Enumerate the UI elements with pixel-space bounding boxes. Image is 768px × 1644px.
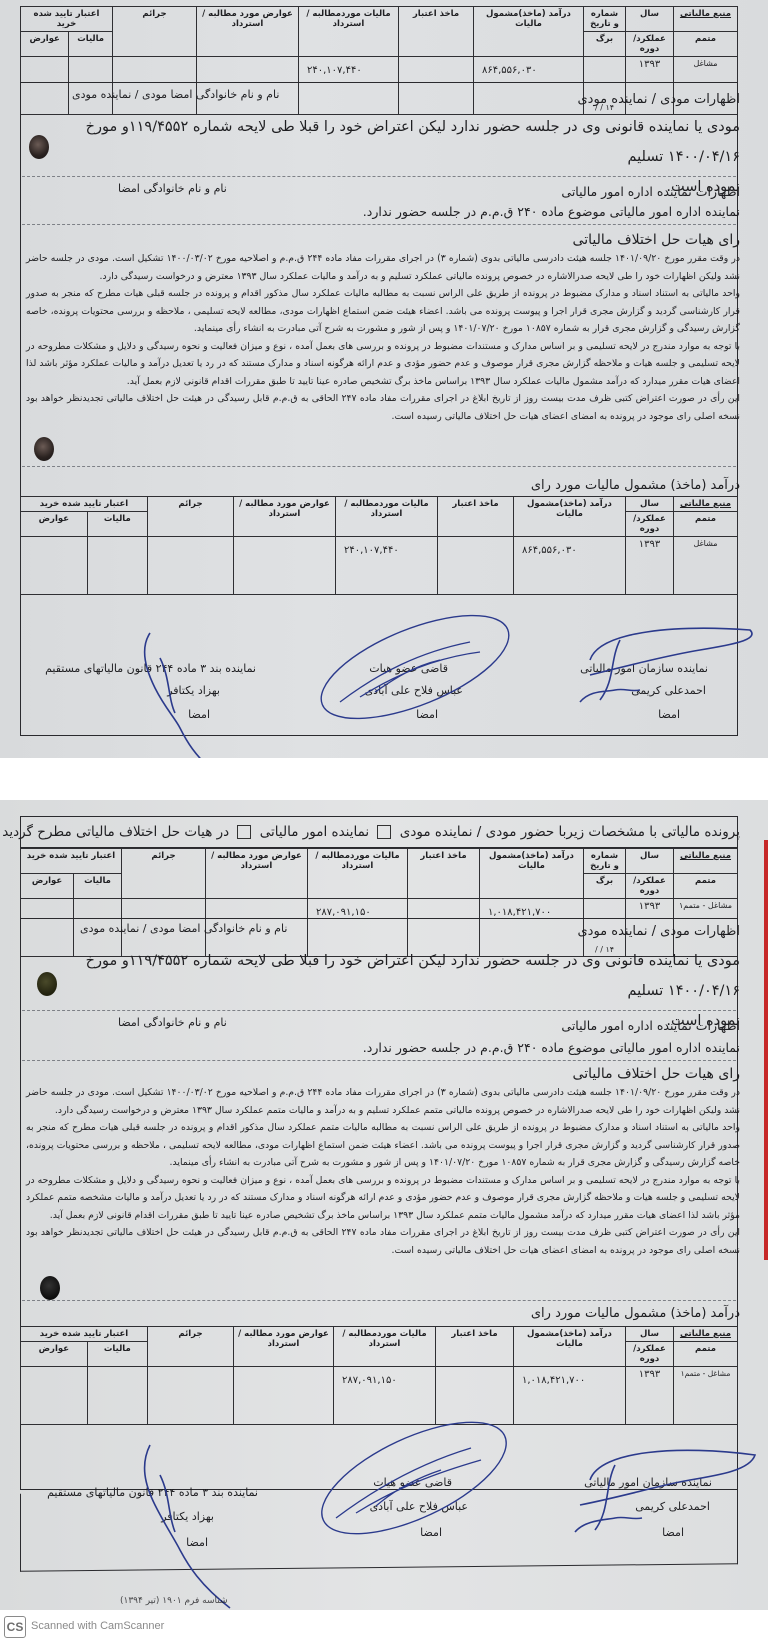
signatory-3-sign: امضا	[188, 708, 210, 721]
col-credit-tax: مالیات	[69, 32, 113, 57]
col-duties-claimed: عوارض مورد مطالبه /استرداد	[197, 7, 299, 57]
col-credit-confirmed: اعتبار تایید شده خرید	[21, 1327, 148, 1342]
col-year-sub: عملکرد/دوره	[626, 512, 674, 537]
col-tax-claimed: مالیات موردمطالبه /استرداد	[308, 849, 408, 899]
taxpayer-signature-label: نام و نام خانوادگی امضا مودی / نماینده م…	[72, 88, 279, 101]
cell-credit-tax	[87, 1367, 147, 1425]
signatory-1-sign: امضا	[658, 708, 680, 721]
col-income: درآمد (ماخذ)مشمول مالیات	[514, 1327, 626, 1367]
signatory-2-role: قاضی عضو هیات	[369, 662, 448, 675]
scanned-page-1: منبع مالیاتی سال شماره و تاریخ درآمد (ما…	[0, 0, 768, 758]
col-penalties: جرائم	[122, 849, 206, 899]
col-credit-basis: ماخذ اعتبار	[408, 849, 480, 899]
divider	[22, 224, 736, 225]
signatory-2-role: قاضی عضو هیات	[373, 1476, 452, 1489]
col-sheet-sub: برگ	[584, 32, 626, 57]
col-penalties: جرائم	[148, 497, 234, 537]
office-signature-label: نام و نام خانوادگی امضا	[118, 182, 227, 195]
office-statement-title: اظهارات نماینده اداره امور مالیاتی	[561, 184, 740, 199]
cell-income: ۱,۰۱۸,۴۲۱,۷۰۰	[514, 1367, 626, 1425]
col-credit-duties: عوارض	[21, 874, 74, 899]
col-credit-basis: ماخذ اعتبار	[436, 1327, 514, 1367]
divider	[22, 176, 736, 177]
col-source-sub: متمم	[674, 1342, 738, 1367]
col-sheet-sub: برگ	[584, 874, 626, 899]
cell-penalties	[148, 537, 234, 595]
verdict-body: در وقت مقرر مورخ ۱۴۰۱/۰۹/۲۰ جلسه هیئت دا…	[26, 250, 740, 425]
col-credit-confirmed: اعتبار تایید شده خرید	[21, 849, 122, 874]
taxpayer-statement-title: اظهارات مودی / نماینده مودی	[577, 924, 740, 939]
verdict-body: در وقت مقرر مورخ ۱۴۰۱/۰۹/۲۰ جلسه هیئت دا…	[26, 1084, 740, 1259]
col-source-sub: متمم	[674, 32, 738, 57]
col-credit-duties: عوارض	[21, 32, 69, 57]
cell-credit-basis	[436, 1367, 514, 1425]
income-table-title: درآمد (ماخذ) مشمول مالیات مورد رای	[531, 478, 740, 493]
col-duties-claimed: عوارض مورد مطالبه /استرداد	[234, 497, 336, 537]
office-statement-text: نماینده اداره امور مالیاتی موضوع ماده ۲۴…	[363, 204, 740, 219]
signatory-3-name: بهزاد یکتافر	[167, 684, 220, 697]
office-statement-text: نماینده اداره امور مالیاتی موضوع ماده ۲۴…	[363, 1040, 740, 1055]
col-tax-claimed: مالیات موردمطالبه /استرداد	[299, 7, 399, 57]
col-source: منبع مالیاتی	[674, 7, 738, 32]
signature-frame	[20, 1486, 738, 1572]
verdict-title: رای هیات حل اختلاف مالیاتی	[573, 232, 740, 248]
stamp-dot-icon	[34, 437, 54, 461]
col-year-sub: عملکرد/دوره	[626, 874, 674, 899]
cell-credit-duties	[21, 1367, 88, 1425]
table-row: مشاغل ۱۳۹۳ ۸۶۴,۵۵۶,۰۳۰ ۲۴۰,۱۰۷,۴۴۰	[21, 537, 738, 595]
signatory-3-role: نماینده بند ۳ ماده ۲۴۴ قانون مالیاتهای م…	[45, 662, 256, 675]
camscanner-logo-icon: CS	[4, 1616, 26, 1638]
taxpayer-signature-label: نام و نام خانوادگی امضا مودی / نماینده م…	[80, 922, 287, 935]
col-tax-claimed: مالیات موردمطالبه /استرداد	[334, 1327, 436, 1367]
cell-tax-claimed: ۲۸۷,۰۹۱,۱۵۰	[334, 1367, 436, 1425]
table-row: مشاغل - متمم۱ ۱۳۹۳ ۱,۰۱۸,۴۲۱,۷۰۰ ۲۸۷,۰۹۱…	[21, 1367, 738, 1425]
cell-credit-tax	[87, 537, 147, 595]
cell-tax-claimed: ۲۴۰,۱۰۷,۴۴۰	[336, 537, 438, 595]
form-id-partial: شناسه فرم ۱۹۰۱ (تیر ۱۳۹۴)	[120, 1596, 228, 1606]
camscanner-text: Scanned with CamScanner	[31, 1620, 164, 1632]
stamp-dot-icon	[37, 972, 57, 996]
scanner-watermark: CS Scanned with CamScanner	[0, 1610, 768, 1644]
divider	[22, 1010, 736, 1011]
stamp-dot-icon	[29, 135, 49, 159]
col-source: منبع مالیاتی	[674, 497, 738, 512]
col-credit-basis: ماخذ اعتبار	[399, 7, 474, 57]
col-year: سال	[626, 849, 674, 874]
col-credit-tax: مالیات	[87, 512, 147, 537]
cell-duties-claimed	[234, 1367, 334, 1425]
cell-credit-basis	[438, 537, 514, 595]
col-credit-tax: مالیات	[74, 874, 122, 899]
signatory-1-role: نماینده سازمان امور مالیاتی	[580, 662, 708, 675]
cell-credit-duties	[21, 537, 88, 595]
col-credit-basis: ماخذ اعتبار	[438, 497, 514, 537]
cell-penalties	[148, 1367, 234, 1425]
signatory-2-name: عباس فلاح علی آبادی	[365, 684, 463, 697]
col-credit-duties: عوارض	[21, 1342, 88, 1367]
taxpayer-statement-title: اظهارات مودی / نماینده مودی	[577, 92, 740, 107]
col-credit-confirmed: اعتبار تایید شده خرید	[21, 7, 113, 32]
divider	[22, 1300, 736, 1301]
signatory-1-name: احمدعلی کریمی	[631, 684, 706, 697]
divider	[22, 1060, 736, 1061]
col-source-sub: متمم	[674, 512, 738, 537]
col-year: سال	[626, 497, 674, 512]
col-sheet: شماره و تاریخ	[584, 849, 626, 874]
col-year-sub: عملکرد/دوره	[626, 1342, 674, 1367]
income-table-title: درآمد (ماخذ) مشمول مالیات مورد رای	[531, 1306, 740, 1321]
col-credit-tax: مالیات	[87, 1342, 147, 1367]
verdict-title: رای هیات حل اختلاف مالیاتی	[573, 1066, 740, 1082]
col-year-sub: عملکرد/دوره	[626, 32, 674, 57]
cell-income: ۸۶۴,۵۵۶,۰۳۰	[514, 537, 626, 595]
col-income: درآمد (ماخذ)مشمول مالیات	[480, 849, 584, 899]
cell-year: ۱۳۹۳	[626, 1367, 674, 1425]
col-credit-confirmed: اعتبار تایید شده خرید	[21, 497, 148, 512]
col-duties-claimed: عوارض مورد مطالبه /استرداد	[234, 1327, 334, 1367]
cell-duties-claimed	[234, 537, 336, 595]
office-signature-label: نام و نام خانوادگی امضا	[118, 1016, 227, 1029]
col-sheet: شماره و تاریخ	[584, 7, 626, 32]
taxpayer-attendance-checkbox[interactable]	[377, 825, 391, 839]
office-statement-title: اظهارات نماینده اداره امور مالیاتی	[561, 1018, 740, 1033]
divider	[22, 466, 736, 467]
col-duties-claimed: عوارض مورد مطالبه /استرداد	[206, 849, 308, 899]
income-table: منبع مالیاتی سال درآمد (ماخذ)مشمول مالیا…	[20, 496, 738, 595]
col-source: منبع مالیاتی	[674, 849, 738, 874]
scan-edge	[764, 840, 768, 1260]
cell-year: ۱۳۹۳	[626, 537, 674, 595]
col-credit-duties: عوارض	[21, 512, 88, 537]
col-penalties: جرائم	[113, 7, 197, 57]
col-source-sub: متمم	[674, 874, 738, 899]
cell-source: مشاغل	[674, 537, 738, 595]
scanned-page-2: پرونده مالیاتی با مشخصات زیربا حضور مودی…	[0, 800, 768, 1610]
income-table: منبع مالیاتی سال درآمد (ماخذ)مشمول مالیا…	[20, 1326, 738, 1425]
col-year: سال	[626, 1327, 674, 1342]
tax-office-attendance-checkbox[interactable]	[237, 825, 251, 839]
col-income: درآمد (ماخذ)مشمول مالیات	[514, 497, 626, 537]
col-tax-claimed: مالیات موردمطالبه /استرداد	[336, 497, 438, 537]
col-income: درآمد (ماخذ)مشمول مالیات	[474, 7, 584, 57]
page-gap	[0, 758, 768, 800]
col-penalties: جرائم	[148, 1327, 234, 1367]
hearing-header-line: پرونده مالیاتی با مشخصات زیربا حضور مودی…	[2, 824, 740, 840]
col-source: منبع مالیاتی	[674, 1327, 738, 1342]
stamp-dot-icon	[40, 1276, 60, 1300]
cell-source: مشاغل - متمم۱	[674, 1367, 738, 1425]
col-year: سال	[626, 7, 674, 32]
signatory-2-sign: امضا	[416, 708, 438, 721]
